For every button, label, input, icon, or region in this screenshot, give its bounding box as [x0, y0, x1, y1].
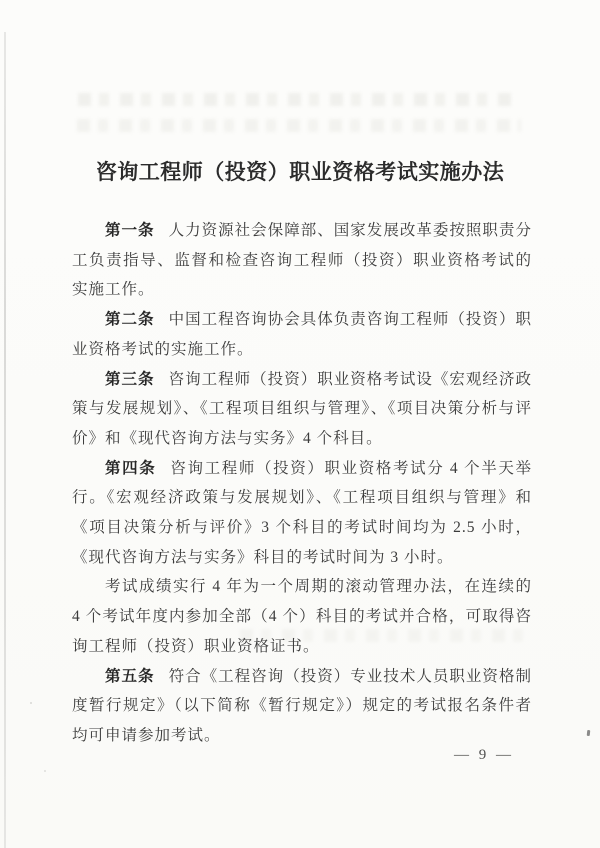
- article-paragraph: 第一条人力资源社会保障部、国家发展改革委按照职责分工负责指导、监督和检查咨询工程…: [72, 216, 532, 305]
- scanned-page: 咨询工程师（投资）职业资格考试实施办法 第一条人力资源社会保障部、国家发展改革委…: [0, 0, 600, 848]
- bleedthrough-text-ghost: [77, 119, 521, 132]
- document-title: 咨询工程师（投资）职业资格考试实施办法: [0, 156, 600, 186]
- scan-speck: [587, 730, 591, 736]
- article-text: 考试成绩实行 4 年为一个周期的滚动管理办法，在连续的 4 个考试年度内参加全部…: [72, 578, 532, 654]
- scan-speck: [30, 702, 32, 704]
- article-paragraph: 第五条符合《工程咨询（投资）专业技术人员职业资格制度暂行规定》（以下简称《暂行规…: [72, 662, 532, 751]
- bleedthrough-text-ghost: [78, 93, 514, 106]
- document-body: 第一条人力资源社会保障部、国家发展改革委按照职责分工负责指导、监督和检查咨询工程…: [72, 216, 532, 751]
- article-paragraph: 第二条中国工程咨询协会具体负责咨询工程师（投资）职业资格考试的实施工作。: [72, 305, 532, 364]
- article-number-label: 第二条: [105, 311, 155, 328]
- page-number: — 9 —: [0, 747, 514, 764]
- article-paragraph: 第四条咨询工程师（投资）职业资格考试分 4 个半天举行。《宏观经济政策与发展规划…: [72, 454, 532, 573]
- article-number-label: 第四条: [105, 460, 156, 477]
- article-number-label: 第五条: [105, 668, 155, 685]
- scan-speck: [44, 770, 46, 772]
- article-paragraph: 考试成绩实行 4 年为一个周期的滚动管理办法，在连续的 4 个考试年度内参加全部…: [72, 572, 532, 661]
- article-paragraph: 第三条咨询工程师（投资）职业资格考试设《宏观经济政策与发展规划》、《工程项目组织…: [72, 365, 532, 454]
- page-edge-shadow: [4, 32, 6, 848]
- article-number-label: 第三条: [105, 371, 155, 388]
- article-number-label: 第一条: [105, 222, 155, 239]
